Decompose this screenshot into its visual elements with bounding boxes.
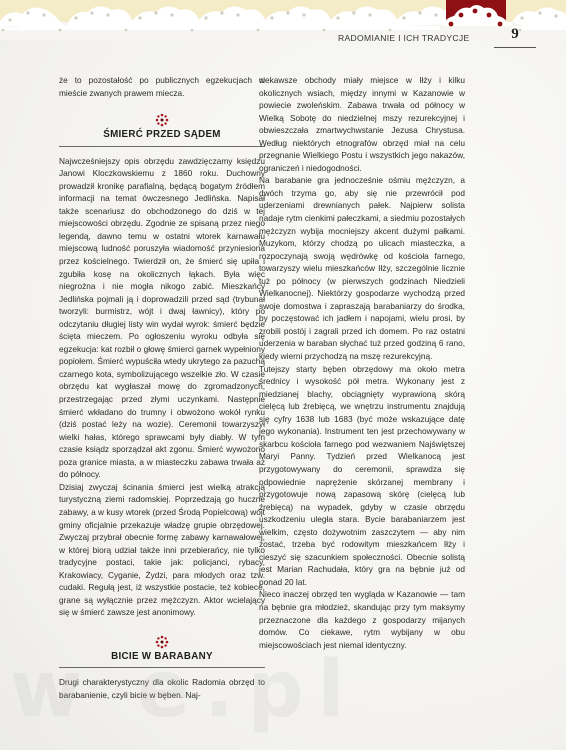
paragraph: Na barabanie gra jednocześnie ośmiu mężc… bbox=[259, 174, 465, 362]
paragraph: Tutejszy starty bęben obrzędowy ma około… bbox=[259, 363, 465, 589]
page-number: 9 bbox=[500, 26, 530, 43]
section-title: BICIE W BARABANY bbox=[59, 651, 265, 669]
paragraph: Najwcześniejszy opis obrzędu zawdzięczam… bbox=[59, 155, 265, 481]
paragraph: Drugi charakterystyczny dla okolic Radom… bbox=[59, 676, 265, 701]
section-heading-smierc: ŚMIERĆ PRZED SĄDEM bbox=[59, 113, 265, 147]
page-number-rule bbox=[494, 47, 536, 48]
paragraph: Dzisiaj zwyczaj ścinania śmierci jest wi… bbox=[59, 481, 265, 619]
section-title: ŚMIERĆ PRZED SĄDEM bbox=[59, 129, 265, 147]
section-heading-bicie: BICIE W BARABANY bbox=[59, 635, 265, 669]
intro-paragraph: że to pozostałość po publicznych egzekuc… bbox=[59, 74, 265, 99]
asterisk-flower-ornament-icon bbox=[155, 635, 169, 649]
right-column: ciekawsze obchody miały miejsce w Iłży i… bbox=[259, 74, 465, 651]
magazine-page: RADOMIANIE I ICH TRADYCJE 9 że to pozost… bbox=[0, 0, 566, 750]
running-head: RADOMIANIE I ICH TRADYCJE bbox=[338, 33, 470, 43]
paragraph: Nieco inaczej obrzęd ten wygląda w Kazan… bbox=[259, 588, 465, 651]
paragraph: ciekawsze obchody miały miejsce w Iłży i… bbox=[259, 74, 465, 174]
left-column: że to pozostałość po publicznych egzekuc… bbox=[59, 74, 265, 702]
asterisk-flower-ornament-icon bbox=[155, 113, 169, 127]
lace-header-border bbox=[0, 0, 566, 38]
